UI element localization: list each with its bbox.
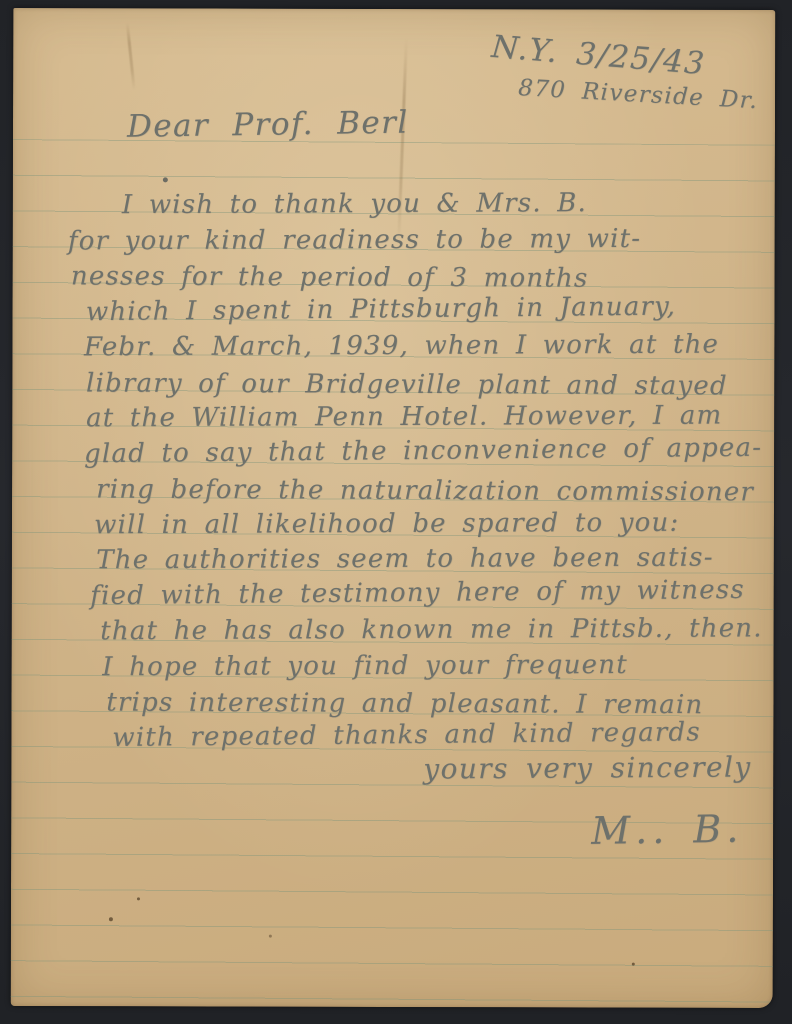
letter-closing: yours very sincerely: [423, 751, 751, 786]
paper-crease: [126, 22, 136, 90]
letter-line: glad to say that the inconvenience of ap…: [68, 430, 775, 472]
letter-salutation: Dear Prof. Berl: [127, 105, 409, 145]
letter-line: fied with the testimony here of my witne…: [68, 572, 775, 614]
letter-address-line: 870 Riverside Dr.: [518, 75, 759, 114]
scan-background: N.Y. 3/25/43 870 Riverside Dr. Dear Prof…: [0, 0, 792, 1024]
letter-dateline: N.Y. 3/25/43: [490, 29, 707, 82]
letter-line: I hope that you find your frequent: [68, 647, 775, 686]
letter-line: which I spent in Pittsburgh in January,: [68, 288, 776, 330]
letter-body: I wish to thank you & Mrs. B.for your ki…: [68, 188, 775, 757]
letter-line: I wish to thank you & Mrs. B.: [68, 185, 776, 224]
letter-signature: M.. B.: [591, 807, 744, 853]
paper-speck: [109, 917, 113, 921]
letter-line: that he has also known me in Pittsb., th…: [68, 611, 775, 650]
paper-speck: [632, 963, 635, 966]
paper-speck: [269, 935, 272, 938]
paper-speck: [137, 897, 140, 900]
letter-line: for your kind readiness to be my wit-: [68, 221, 775, 260]
letter-paper: N.Y. 3/25/43 870 Riverside Dr. Dear Prof…: [11, 8, 776, 1008]
paper-speck: [163, 177, 168, 182]
letter-line: Febr. & March, 1939, when I work at the: [68, 327, 775, 366]
letter-line: will in all likelihood be spared to you:: [68, 505, 775, 544]
